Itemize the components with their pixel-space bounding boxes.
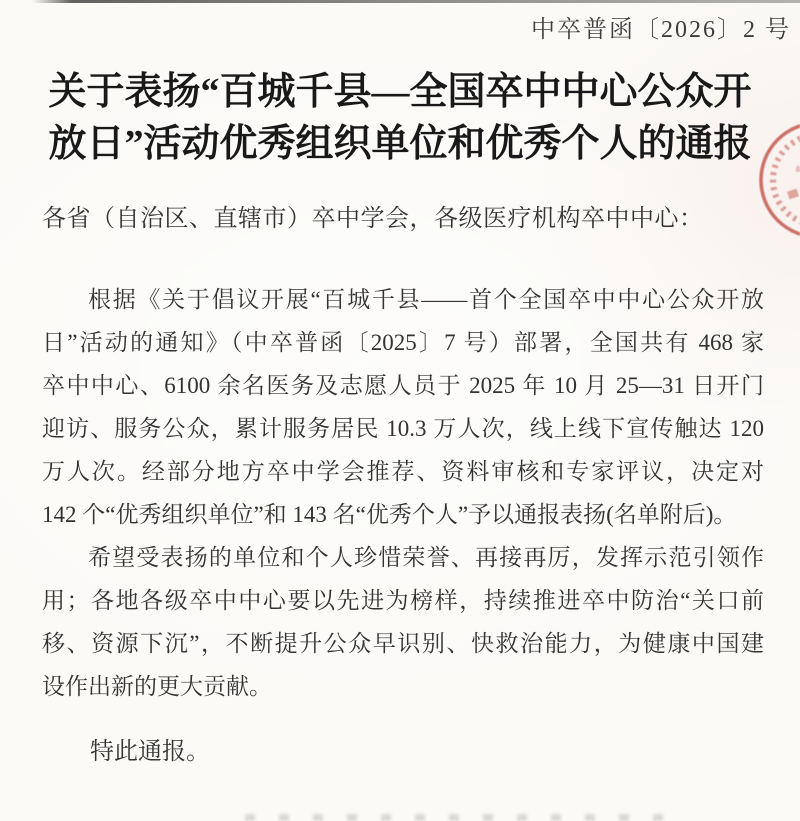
title-line-1: 关于表扬“百城千县—全国卒中中心公众开 — [40, 66, 760, 118]
paragraph-1-line-4: 迎访、服务公众，累计服务居民 10.3 万人次，线上线下宣传触达 120 — [42, 407, 764, 450]
document-title: 关于表扬“百城千县—全国卒中中心公众开 放日”活动优秀组织单位和优秀个人的通报 — [40, 66, 760, 170]
salutation-line: 各省（自治区、直辖市）卒中学会，各级医疗机构卒中中心： — [42, 198, 768, 233]
document-body: 根据《关于倡议开展“百城千县——首个全国卒中中心公众开放 日”活动的通知》（中卒… — [42, 278, 764, 708]
paragraph-2-line-2: 用；各地各级卒中中心要以先进为榜样，持续推进卒中防治“关口前 — [42, 579, 764, 622]
paragraph-1-line-3: 卒中中心、6100 余名医务及志愿人员于 2025 年 10 月 25—31 日… — [42, 364, 764, 407]
paragraph-1-line-5: 万人次。经部分地方卒中学会推荐、资料审核和专家评议，决定对 — [42, 450, 764, 493]
top-edge-scan-artifact — [32, 0, 800, 3]
paragraph-1-line-2: 日”活动的通知》（中卒普函〔2025〕7 号）部署，全国共有 468 家 — [42, 321, 764, 364]
closing-line: 特此通报。 — [42, 731, 764, 766]
bottom-cutoff-text-artifact — [245, 814, 665, 821]
paragraph-2-line-4: 设作出新的更大贡献。 — [42, 665, 764, 708]
paragraph-2-line-3: 移、资源下沉”，不断提升公众早识别、快救治能力，为健康中国建 — [42, 622, 764, 665]
document-page: 中卒普函〔2026〕2 号 关于表扬“百城千县—全国卒中中心公众开 放日”活动优… — [0, 0, 800, 821]
paragraph-2-line-1: 希望受表扬的单位和个人珍惜荣誉、再接再厉，发挥示范引领作 — [42, 536, 764, 579]
document-number: 中卒普函〔2026〕2 号 — [531, 9, 791, 44]
paragraph-1-line-6: 142 个“优秀组织单位”和 143 名“优秀个人”予以通报表扬(名单附后)。 — [42, 493, 764, 536]
title-line-2: 放日”活动优秀组织单位和优秀个人的通报 — [40, 118, 760, 170]
paragraph-1-line-1: 根据《关于倡议开展“百城千县——首个全国卒中中心公众开放 — [42, 278, 764, 321]
